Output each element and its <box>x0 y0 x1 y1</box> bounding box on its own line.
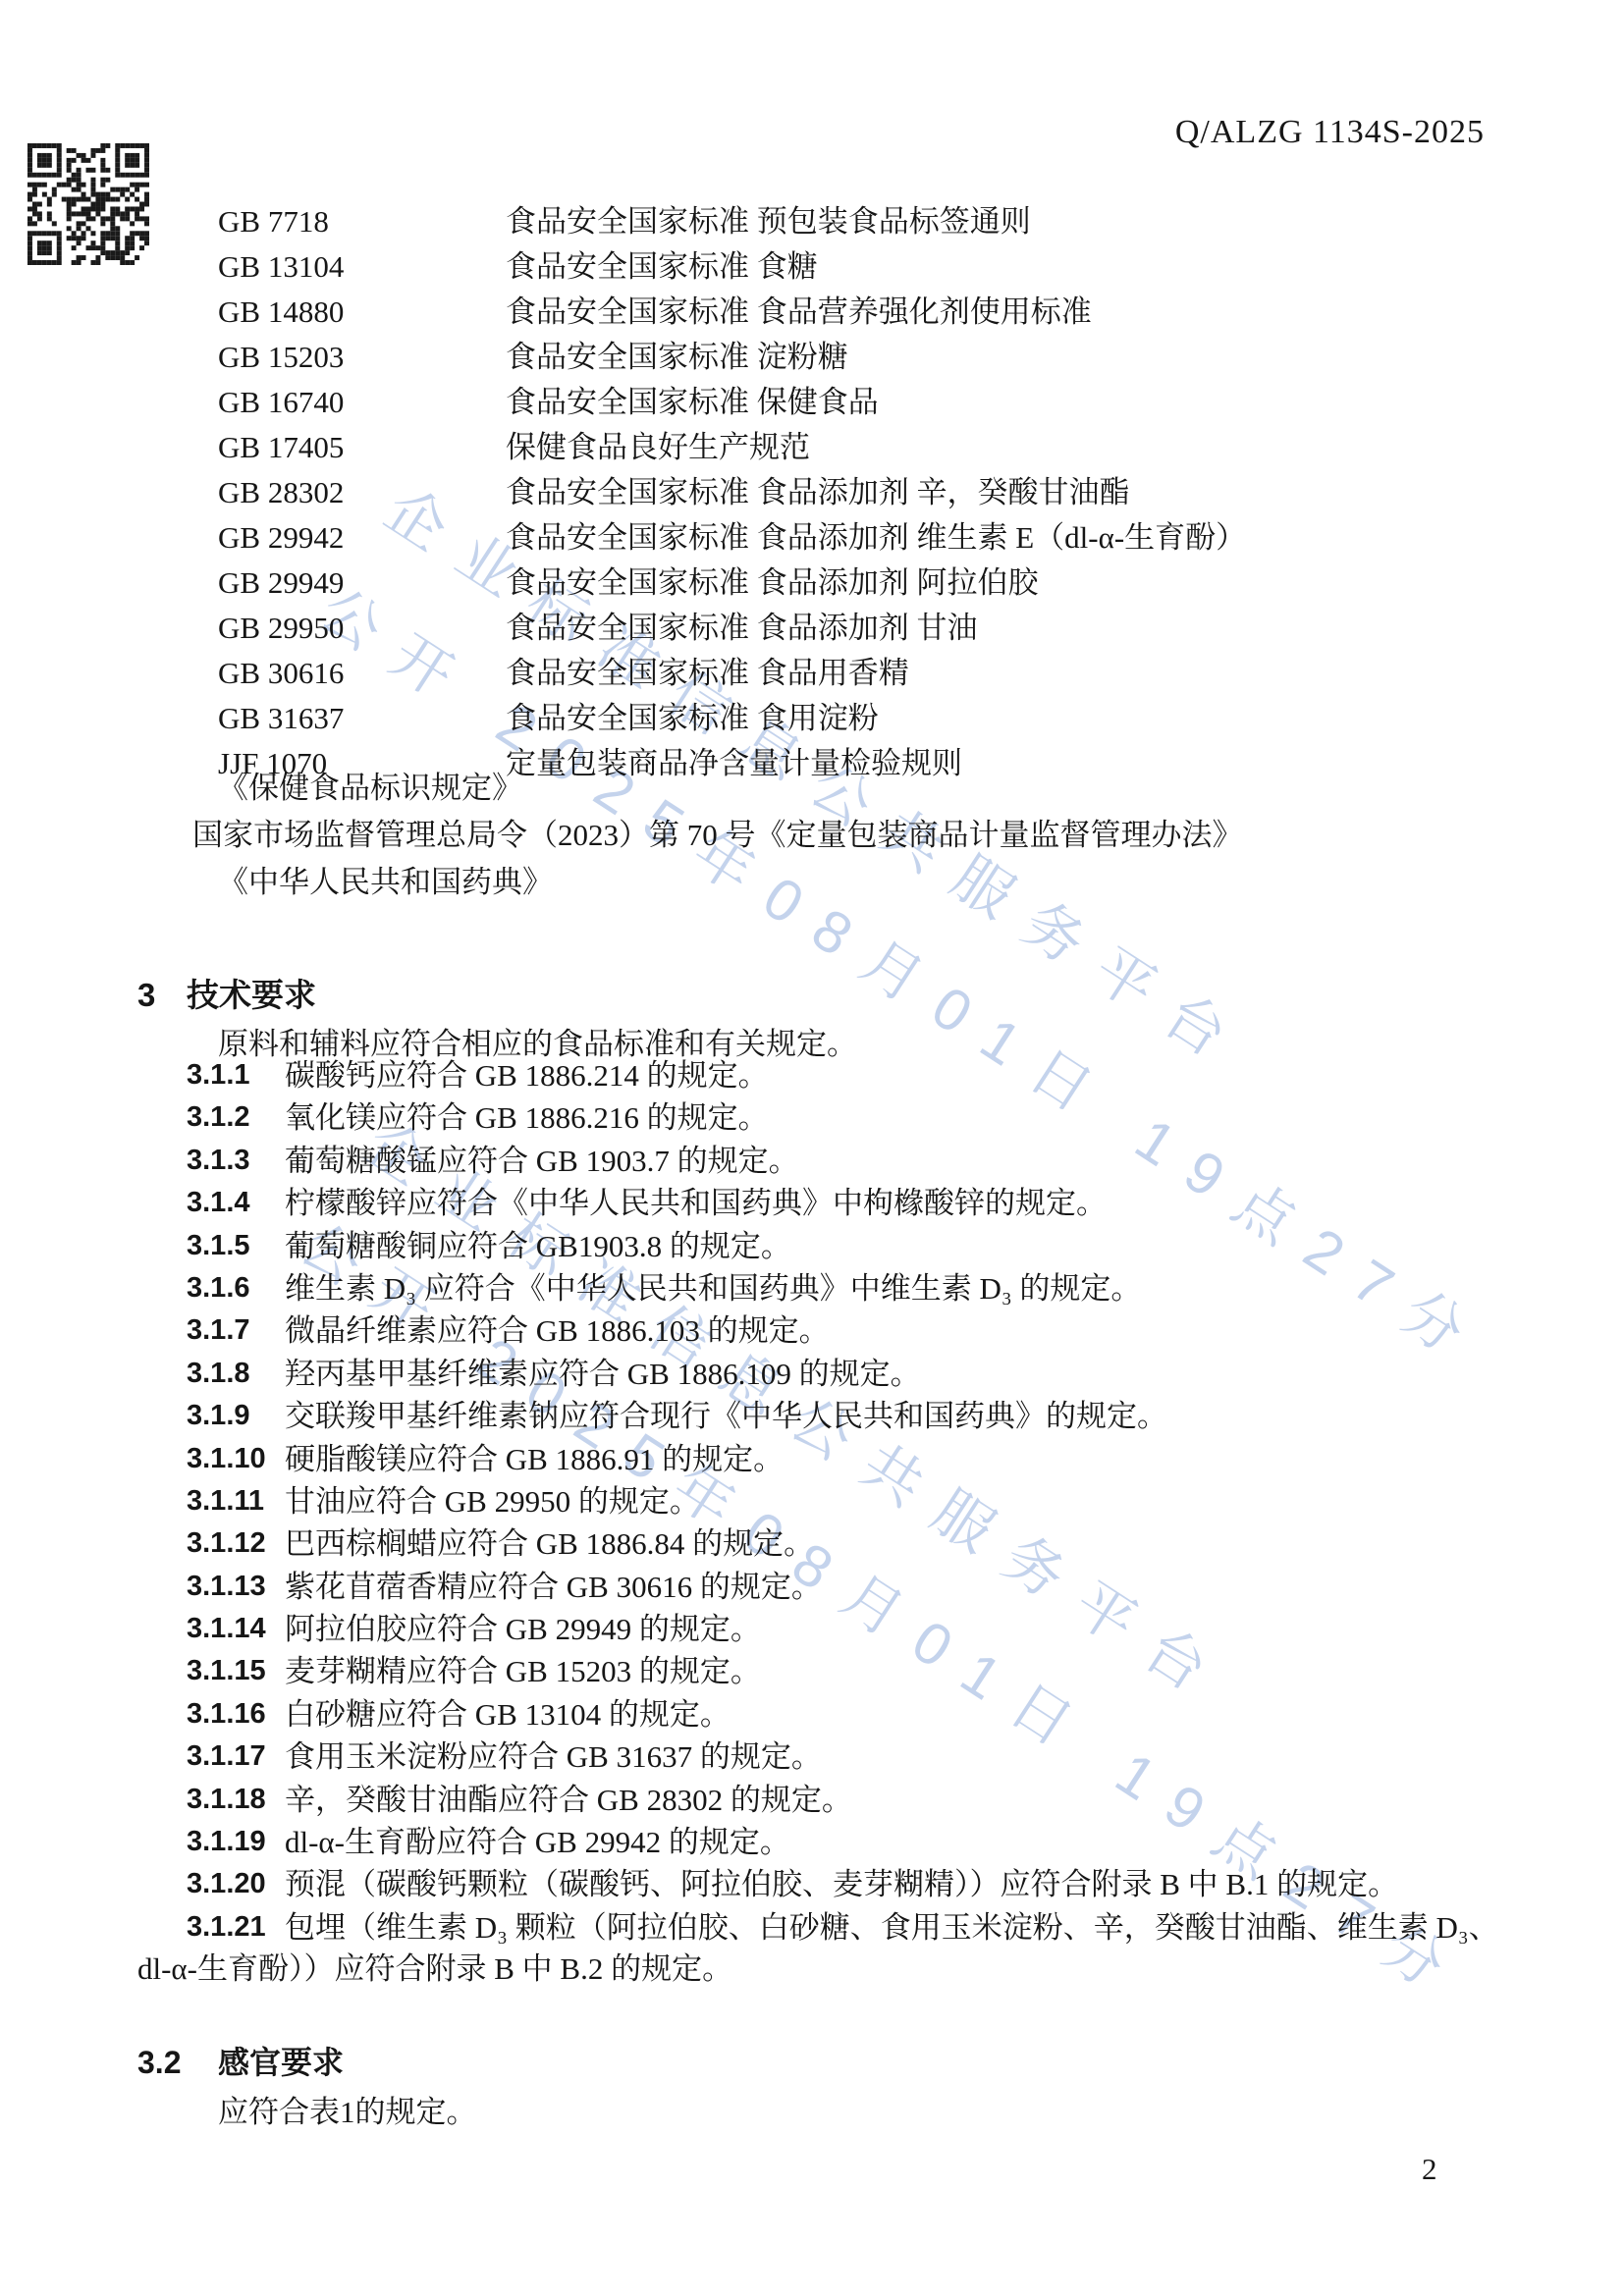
section-3-2-title: 感官要求 <box>218 2045 344 2080</box>
item-number: 3.1.4 <box>187 1182 277 1224</box>
reference-title: 食品安全国家标准 食品用香精 <box>506 651 909 696</box>
reference-code: GB 16740 <box>218 380 344 425</box>
item-text: 碳酸钙应符合 GB 1886.214 的规定。 <box>285 1054 1581 1096</box>
requirement-item: 3.1.1 碳酸钙应符合 GB 1886.214 的规定。 <box>187 1054 1581 1096</box>
reference-code: GB 28302 <box>218 470 344 515</box>
reference-title: 食品安全国家标准 预包装食品标签通则 <box>506 199 1031 244</box>
item-number: 3.1.16 <box>187 1693 277 1735</box>
reference-code: GB 15203 <box>218 335 344 380</box>
requirement-item: 3.1.9 交联羧甲基纤维素钠应符合现行《中华人民共和国药典》的规定。 <box>187 1395 1581 1437</box>
item-number: 3.1.13 <box>187 1566 277 1608</box>
reference-code: GB 17405 <box>218 425 344 470</box>
item-text: 微晶纤维素应符合 GB 1886.103 的规定。 <box>285 1309 1581 1352</box>
requirement-item: 3.1.21 包埋（维生素 D₃ 颗粒（阿拉伯胶、白砂糖、食用玉米淀粉、辛，癸酸… <box>187 1906 1581 1949</box>
item-text: 辛，癸酸甘油酯应符合 GB 28302 的规定。 <box>285 1779 1581 1821</box>
item-3-1-21-continuation: dl-α-生育酚））应符合附录 B 中 B.2 的规定。 <box>137 1948 732 1990</box>
requirement-item: 3.1.19 dl-α-生育酚应符合 GB 29942 的规定。 <box>187 1821 1581 1863</box>
item-number: 3.1.18 <box>187 1779 277 1821</box>
item-text: 甘油应符合 GB 29950 的规定。 <box>285 1480 1581 1522</box>
reference-title: 食品安全国家标准 食品营养强化剂使用标准 <box>506 290 1092 335</box>
item-text: 葡萄糖酸铜应符合 GB1903.8 的规定。 <box>285 1225 1581 1267</box>
reference-row: GB 7718 食品安全国家标准 预包装食品标签通则 <box>0 199 1624 244</box>
item-text: 麦芽糊精应符合 GB 15203 的规定。 <box>285 1650 1581 1692</box>
item-number: 3.1.9 <box>187 1395 277 1437</box>
item-number: 3.1.6 <box>187 1267 277 1309</box>
reference-code: GB 14880 <box>218 290 344 335</box>
reference-row: GB 15203 食品安全国家标准 淀粉糖 <box>0 335 1624 380</box>
reference-title: 食品安全国家标准 食品添加剂 甘油 <box>506 606 978 651</box>
reference-row: GB 14880 食品安全国家标准 食品营养强化剂使用标准 <box>0 290 1624 335</box>
reference-code: GB 30616 <box>218 651 344 696</box>
item-text: 食用玉米淀粉应符合 GB 31637 的规定。 <box>285 1735 1581 1778</box>
item-number: 3.1.19 <box>187 1821 277 1863</box>
reference-title: 食品安全国家标准 食品添加剂 辛，癸酸甘油酯 <box>506 470 1130 515</box>
reference-row: GB 29949 食品安全国家标准 食品添加剂 阿拉伯胶 <box>0 561 1624 606</box>
reference-row: GB 13104 食品安全国家标准 食糖 <box>0 244 1624 290</box>
item-text: 硬脂酸镁应符合 GB 1886.91 的规定。 <box>285 1438 1581 1480</box>
item-number: 3.1.5 <box>187 1225 277 1267</box>
reference-title: 食品安全国家标准 淀粉糖 <box>506 335 848 380</box>
section-3-heading: 3技术要求 <box>137 970 316 1016</box>
item-number: 3.1.10 <box>187 1438 277 1480</box>
references-list: GB 7718 食品安全国家标准 预包装食品标签通则 GB 13104 食品安全… <box>0 199 1624 786</box>
item-number: 3.1.8 <box>187 1353 277 1395</box>
item-number: 3.1.3 <box>187 1140 277 1182</box>
item-text: 紫花苜蓿香精应符合 GB 30616 的规定。 <box>285 1566 1581 1608</box>
section-3-2-body: 应符合表1的规定。 <box>218 2087 477 2131</box>
item-text: 阿拉伯胶应符合 GB 29949 的规定。 <box>285 1608 1581 1650</box>
item-number: 3.1.15 <box>187 1650 277 1692</box>
requirement-item: 3.1.13 紫花苜蓿香精应符合 GB 30616 的规定。 <box>187 1566 1581 1608</box>
reference-title: 食品安全国家标准 食用淀粉 <box>506 696 879 741</box>
reference-title: 食品安全国家标准 保健食品 <box>506 380 879 425</box>
reference-extra-line: 《保健食品标识规定》 <box>0 765 1624 812</box>
document-page: 企业标准信息公共服务平台 公开 2025年08月01日 19点27分 企业标准信… <box>0 0 1624 2296</box>
reference-row: GB 31637 食品安全国家标准 食用淀粉 <box>0 696 1624 741</box>
item-text: 羟丙基甲基纤维素应符合 GB 1886.109 的规定。 <box>285 1353 1581 1395</box>
reference-code: GB 31637 <box>218 696 344 741</box>
item-text: 包埋（维生素 D₃ 颗粒（阿拉伯胶、白砂糖、食用玉米淀粉、辛，癸酸甘油酯、维生素… <box>285 1906 1581 1949</box>
reference-row: GB 28302 食品安全国家标准 食品添加剂 辛，癸酸甘油酯 <box>0 470 1624 515</box>
requirement-item: 3.1.8 羟丙基甲基纤维素应符合 GB 1886.109 的规定。 <box>187 1353 1581 1395</box>
item-number: 3.1.1 <box>187 1054 277 1096</box>
reference-code: GB 29949 <box>218 561 344 606</box>
item-number: 3.1.2 <box>187 1096 277 1139</box>
reference-code: GB 7718 <box>218 199 329 244</box>
reference-row: GB 17405 保健食品良好生产规范 <box>0 425 1624 470</box>
requirement-item: 3.1.18 辛，癸酸甘油酯应符合 GB 28302 的规定。 <box>187 1779 1581 1821</box>
reference-code: GB 13104 <box>218 244 344 290</box>
item-text: 葡萄糖酸锰应符合 GB 1903.7 的规定。 <box>285 1140 1581 1182</box>
item-text: 柠檬酸锌应符合《中华人民共和国药典》中枸橼酸锌的规定。 <box>285 1182 1581 1224</box>
reference-extra-line: 《中华人民共和国药典》 <box>0 859 1624 906</box>
item-number: 3.1.14 <box>187 1608 277 1650</box>
section-3-2-number: 3.2 <box>137 2045 218 2081</box>
section-3-title: 技术要求 <box>187 977 316 1013</box>
reference-title: 食品安全国家标准 食品添加剂 阿拉伯胶 <box>506 561 1039 606</box>
requirement-item: 3.1.17 食用玉米淀粉应符合 GB 31637 的规定。 <box>187 1735 1581 1778</box>
item-text: 交联羧甲基纤维素钠应符合现行《中华人民共和国药典》的规定。 <box>285 1395 1581 1437</box>
item-number: 3.1.17 <box>187 1735 277 1778</box>
requirement-item: 3.1.14 阿拉伯胶应符合 GB 29949 的规定。 <box>187 1608 1581 1650</box>
requirement-items: 3.1.1 碳酸钙应符合 GB 1886.214 的规定。 3.1.2 氧化镁应… <box>187 1054 1581 1949</box>
item-number: 3.1.20 <box>187 1863 277 1905</box>
reference-row: GB 29942 食品安全国家标准 食品添加剂 维生素 E（dl-α-生育酚） <box>0 515 1624 561</box>
item-text: 白砂糖应符合 GB 13104 的规定。 <box>285 1693 1581 1735</box>
reference-row: GB 30616 食品安全国家标准 食品用香精 <box>0 651 1624 696</box>
requirement-item: 3.1.10 硬脂酸镁应符合 GB 1886.91 的规定。 <box>187 1438 1581 1480</box>
requirement-item: 3.1.11 甘油应符合 GB 29950 的规定。 <box>187 1480 1581 1522</box>
requirement-item: 3.1.16 白砂糖应符合 GB 13104 的规定。 <box>187 1693 1581 1735</box>
item-text: 巴西棕榈蜡应符合 GB 1886.84 的规定。 <box>285 1522 1581 1565</box>
requirement-item: 3.1.5 葡萄糖酸铜应符合 GB1903.8 的规定。 <box>187 1225 1581 1267</box>
requirement-item: 3.1.2 氧化镁应符合 GB 1886.216 的规定。 <box>187 1096 1581 1139</box>
requirement-item: 3.1.12 巴西棕榈蜡应符合 GB 1886.84 的规定。 <box>187 1522 1581 1565</box>
item-number: 3.1.11 <box>187 1480 277 1522</box>
requirement-item: 3.1.7 微晶纤维素应符合 GB 1886.103 的规定。 <box>187 1309 1581 1352</box>
references-extra-lines: 《保健食品标识规定》 国家市场监督管理总局令（2023）第 70 号《定量包装商… <box>0 765 1624 906</box>
requirement-item: 3.1.15 麦芽糊精应符合 GB 15203 的规定。 <box>187 1650 1581 1692</box>
requirement-item: 3.1.3 葡萄糖酸锰应符合 GB 1903.7 的规定。 <box>187 1140 1581 1182</box>
requirement-item: 3.1.6 维生素 D₃ 应符合《中华人民共和国药典》中维生素 D₃ 的规定。 <box>187 1267 1581 1309</box>
item-number: 3.1.21 <box>187 1906 277 1949</box>
reference-row: GB 16740 食品安全国家标准 保健食品 <box>0 380 1624 425</box>
requirement-item: 3.1.4 柠檬酸锌应符合《中华人民共和国药典》中枸橼酸锌的规定。 <box>187 1182 1581 1224</box>
reference-extra-line: 国家市场监督管理总局令（2023）第 70 号《定量包装商品计量监督管理办法》 <box>0 812 1624 859</box>
page-number: 2 <box>1422 2152 1437 2187</box>
reference-title: 食品安全国家标准 食品添加剂 维生素 E（dl-α-生育酚） <box>506 515 1246 561</box>
item-number: 3.1.12 <box>187 1522 277 1565</box>
reference-title: 保健食品良好生产规范 <box>506 425 810 470</box>
requirement-item: 3.1.20 预混（碳酸钙颗粒（碳酸钙、阿拉伯胶、麦芽糊精））应符合附录 B 中… <box>187 1863 1581 1905</box>
reference-row: GB 29950 食品安全国家标准 食品添加剂 甘油 <box>0 606 1624 651</box>
item-text: 预混（碳酸钙颗粒（碳酸钙、阿拉伯胶、麦芽糊精））应符合附录 B 中 B.1 的规… <box>285 1863 1581 1905</box>
item-number: 3.1.7 <box>187 1309 277 1352</box>
section-3-number: 3 <box>137 977 187 1014</box>
item-text: 氧化镁应符合 GB 1886.216 的规定。 <box>285 1096 1581 1139</box>
reference-title: 食品安全国家标准 食糖 <box>506 244 818 290</box>
section-3-2-heading: 3.2感官要求 <box>137 2038 344 2083</box>
document-number: Q/ALZG 1134S-2025 <box>1175 114 1485 151</box>
item-text: dl-α-生育酚应符合 GB 29942 的规定。 <box>285 1821 1581 1863</box>
reference-code: GB 29950 <box>218 606 344 651</box>
item-text: 维生素 D₃ 应符合《中华人民共和国药典》中维生素 D₃ 的规定。 <box>285 1267 1581 1309</box>
reference-code: GB 29942 <box>218 515 344 561</box>
